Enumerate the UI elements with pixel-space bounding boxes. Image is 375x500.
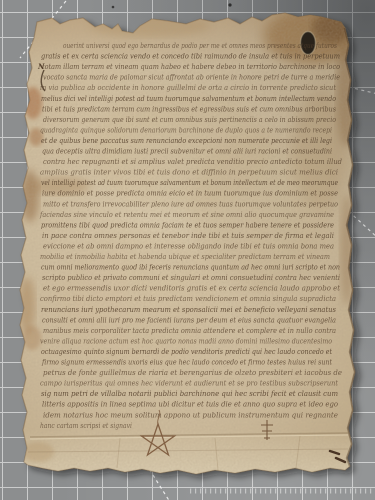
manuscript-line: mobilia et inmobilia habita et habenda u… bbox=[40, 253, 330, 261]
manuscript-line: faciendas sine vinculo et retentu mei et… bbox=[39, 211, 334, 219]
manuscript-lines: ouerint universi quod ego bernardus de p… bbox=[39, 42, 342, 430]
manuscript-line: hanc cartam scripsi et signavi bbox=[40, 422, 132, 430]
manuscript-line: contra hec repugnanti et si amplius vale… bbox=[43, 158, 342, 166]
manuscript-line: renuncians iuri ypothecarum mearum et sp… bbox=[41, 306, 336, 314]
manuscript-line: vocato sancta maria de palomar sicut aff… bbox=[43, 74, 340, 82]
manuscript-line: petrus de fonte guillelmus de riaria et … bbox=[43, 369, 342, 377]
manuscript-line: confirmo tibi dicto emptori et tuis pred… bbox=[40, 295, 336, 303]
manuscript-line: litteris appositis in linea septima ubi … bbox=[42, 401, 338, 409]
manuscript-line: amplius gratis inter vivos tibi et tuis … bbox=[40, 169, 338, 177]
manuscript-line: iure dominio et posse predicta omnia eic… bbox=[42, 190, 338, 198]
manuscript-line: vel intelligi potest ad tuum tuorumque s… bbox=[41, 179, 338, 187]
manuscript-line: venire aliqua racione actum est hoc quar… bbox=[40, 337, 332, 345]
manuscript-line: in via publica ab occidente in honore gu… bbox=[40, 84, 336, 92]
manuscript-line: mitto et transfero irrevocabiliter pleno… bbox=[43, 200, 338, 208]
manuscript-line: octuagesimo quinto signum bernardi de po… bbox=[41, 348, 332, 356]
manuscript-line: sig num petri de villalba notarii public… bbox=[41, 390, 338, 398]
manuscript-line: in pace contra omnes personas et tenebor… bbox=[42, 232, 334, 240]
manuscript-line: cum omni melioramento quod ibi feceris r… bbox=[41, 264, 340, 272]
manuscript-line: promittens tibi quod predicta omnia faci… bbox=[41, 221, 334, 229]
manuscript-line: qua deceptis ultra dimidiam iusti precii… bbox=[42, 148, 332, 156]
photo-canvas: N ouerint universi quod ego bernardus de… bbox=[0, 0, 375, 500]
manuscript-text-block: N ouerint universi quod ego bernardus de… bbox=[37, 42, 342, 430]
manuscript-line: gratis et ex certa sciencia vendo et con… bbox=[41, 53, 340, 61]
manuscript-line: tibi et tuis predictam terram cum ingres… bbox=[42, 105, 336, 113]
manuscript-line: totam illam terram et vineam quam habeo … bbox=[42, 63, 340, 71]
manuscript-line: eviccione et ab omni dampno et interesse… bbox=[43, 243, 334, 251]
manuscript-line: firmo signum ermessendis uxoris eius que… bbox=[41, 359, 332, 367]
photo-of-manuscript: N ouerint universi quod ego bernardus de… bbox=[0, 0, 375, 500]
manuscript-line: et ego ermessendis uxor dicti venditoris… bbox=[43, 285, 340, 293]
manuscript-line: consulti et omni alii iuri pro me facien… bbox=[42, 316, 336, 324]
manuscript-line: idem notarius hoc meum solitum appono ut… bbox=[43, 411, 338, 419]
debris-speck bbox=[112, 6, 115, 9]
manuscript-line: scripto publico et privato communi et si… bbox=[42, 274, 340, 282]
debris-speck bbox=[228, 3, 231, 6]
manuscript-line: campo iurisperitus qui omnes hec viderun… bbox=[40, 380, 338, 388]
manuscript-line: melius dici vel intelligi potest ad tuum… bbox=[41, 95, 336, 103]
manuscript-line: ouerint universi quod ego bernardus de p… bbox=[63, 42, 337, 50]
parchment-sheet: N ouerint universi quod ego bernardus de… bbox=[19, 8, 360, 475]
manuscript-line: diversorum generum que ibi sunt et cum o… bbox=[43, 116, 336, 124]
manuscript-line: quadraginta quinque solidorum denariorum… bbox=[40, 126, 332, 134]
manuscript-line: manibus meis corporaliter tacta predicta… bbox=[43, 327, 336, 335]
manuscript-line: et de quibus bene paccatus sum renuncian… bbox=[41, 137, 332, 145]
